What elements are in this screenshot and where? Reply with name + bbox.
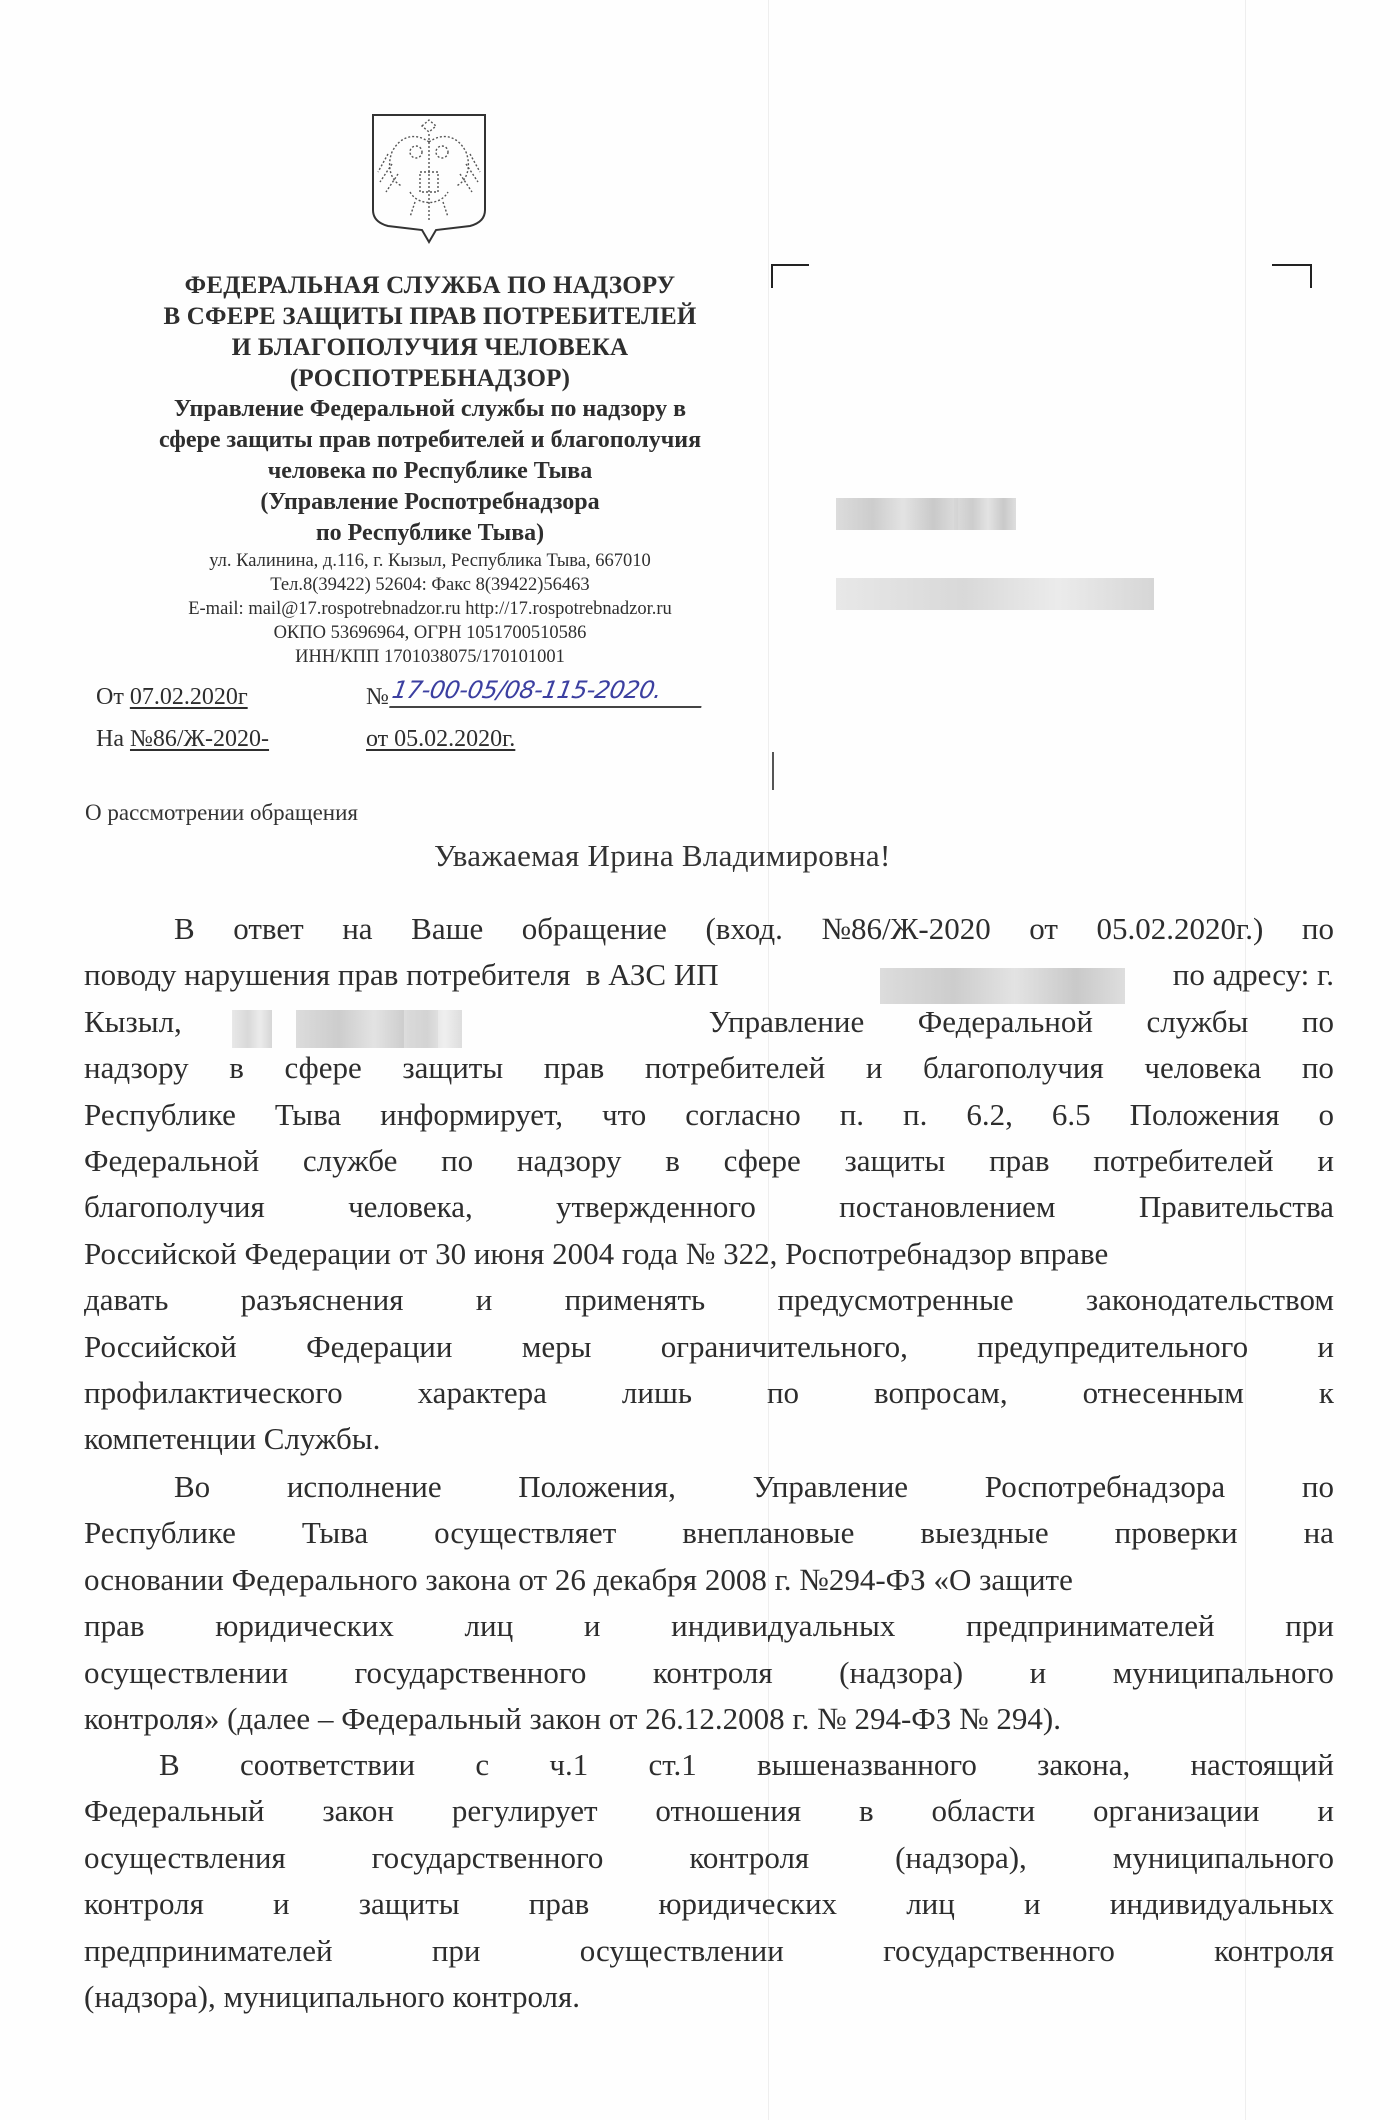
address-line: ул. Калинина, д.116, г. Кызыл, Республик…: [100, 549, 760, 573]
body-paragraph-1: ВответнаВашеобращение(вход.№86/Ж-2020от0…: [84, 906, 1334, 1463]
body-line: осуществлениягосударственногоконтроля(на…: [84, 1835, 1334, 1881]
org-name-line: И БЛАГОПОЛУЧИЯ ЧЕЛОВЕКА: [100, 332, 760, 363]
re-date: от 05.02.2020г.: [366, 724, 515, 754]
redacted-recipient-name: [954, 498, 1016, 530]
body-line: РеспубликеТываинформирует,чтосогласноп.п…: [84, 1092, 1334, 1138]
dept-name-line: человека по Республике Тыва: [100, 456, 760, 487]
body-line: Федеральныйзаконрегулируетотношениявобла…: [84, 1788, 1334, 1834]
dept-name-line: сфере защиты прав потребителей и благопо…: [100, 425, 760, 456]
body-line: компетенции Службы.: [84, 1416, 1334, 1462]
dept-name-line: Управление Федеральной службы по надзору…: [100, 394, 760, 425]
greeting: Уважаемая Ирина Владимировна!: [434, 838, 891, 874]
from-date: 07.02.2020г: [130, 684, 248, 710]
re-label: На: [96, 726, 124, 752]
inn-line: ИНН/КПП 1701038075/170101001: [100, 645, 760, 669]
body-line: осуществлениигосударственногоконтроля(на…: [84, 1650, 1334, 1696]
email-line: E-mail: mail@17.rospotrebnadzor.ru http:…: [100, 597, 760, 621]
subject-line: О рассмотрении обращения: [85, 800, 358, 826]
org-name-line: (РОСПОТРЕБНАДЗОР): [100, 363, 760, 394]
reply-to: На №86/Ж-2020-: [96, 724, 269, 754]
body-line: основании Федерального закона от 26 дека…: [84, 1557, 1334, 1603]
redacted-recipient-name: [836, 498, 958, 530]
org-name-line: ФЕДЕРАЛЬНАЯ СЛУЖБА ПО НАДЗОРУ: [100, 270, 760, 301]
re-number: №86/Ж-2020-: [130, 726, 269, 752]
body-line: контроля» (далее – Федеральный закон от …: [84, 1696, 1334, 1742]
body-line: поводу нарушения прав потребителя в АЗС …: [84, 952, 1334, 998]
redacted-address: [232, 1010, 272, 1048]
number-label: №: [366, 682, 389, 712]
dept-name-line: по Республике Тыва): [100, 518, 760, 549]
body-line: благополучиячеловека,утвержденногопостан…: [84, 1184, 1334, 1230]
org-name-line: В СФЕРЕ ЗАЩИТЫ ПРАВ ПОТРЕБИТЕЛЕЙ: [100, 301, 760, 332]
body-line: контроляизащитыправюридическихлицииндиви…: [84, 1881, 1334, 1927]
body-paragraph-2: ВоисполнениеПоложения,УправлениеРоспотре…: [84, 1464, 1334, 1742]
body-line: ВоисполнениеПоложения,УправлениеРоспотре…: [84, 1464, 1334, 1510]
address-corner-mark: [1310, 264, 1312, 288]
address-corner-mark: [771, 264, 809, 266]
redacted-entrepreneur-name: [880, 968, 1125, 1004]
body-line: надзорувсферезащитыправпотребителейиблаг…: [84, 1045, 1334, 1091]
letter-page: ФЕДЕРАЛЬНАЯ СЛУЖБА ПО НАДЗОРУ В СФЕРЕ ЗА…: [0, 0, 1400, 2120]
coat-of-arms-icon: [370, 112, 488, 244]
body-line: Российской Федерации от 30 июня 2004 год…: [84, 1231, 1334, 1277]
phone-line: Тел.8(39422) 52604: Факс 8(39422)56463: [100, 573, 760, 597]
redacted-recipient-address: [836, 578, 1154, 610]
body-line: правюридическихлицииндивидуальныхпредпри…: [84, 1603, 1334, 1649]
okpo-line: ОКПО 53696964, ОГРН 1051700510586: [100, 621, 760, 645]
address-corner-mark: [772, 752, 774, 790]
body-line: ВответнаВашеобращение(вход.№86/Ж-2020от0…: [84, 906, 1334, 952]
body-line: Федеральнойслужбепонадзорувсферезащитыпр…: [84, 1138, 1334, 1184]
body-line: РеспубликеТываосуществляетвнеплановыевые…: [84, 1510, 1334, 1556]
redacted-address: [404, 1010, 462, 1048]
outgoing-date: От 07.02.2020г: [96, 682, 248, 712]
address-corner-mark: [1272, 264, 1312, 266]
body-line: Всоответствиисч.1ст.1вышеназванногозакон…: [84, 1742, 1334, 1788]
letterhead-org: ФЕДЕРАЛЬНАЯ СЛУЖБА ПО НАДЗОРУ В СФЕРЕ ЗА…: [100, 270, 760, 669]
body-line: РоссийскойФедерациимерыограничительного,…: [84, 1324, 1334, 1370]
handwritten-reg-number: 17-00-05/08-115-2020.: [389, 676, 707, 708]
from-label: От: [96, 684, 124, 710]
dept-name-line: (Управление Роспотребнадзора: [100, 487, 760, 518]
body-paragraph-3: Всоответствиисч.1ст.1вышеназванногозакон…: [84, 1742, 1334, 2020]
body-line: предпринимателейприосуществлениигосударс…: [84, 1928, 1334, 1974]
body-line: профилактическогохарактералишьповопросам…: [84, 1370, 1334, 1416]
body-line: (надзора), муниципального контроля.: [84, 1974, 1334, 2020]
body-line: даватьразъясненияиприменятьпредусмотренн…: [84, 1277, 1334, 1323]
address-corner-mark: [771, 264, 773, 288]
